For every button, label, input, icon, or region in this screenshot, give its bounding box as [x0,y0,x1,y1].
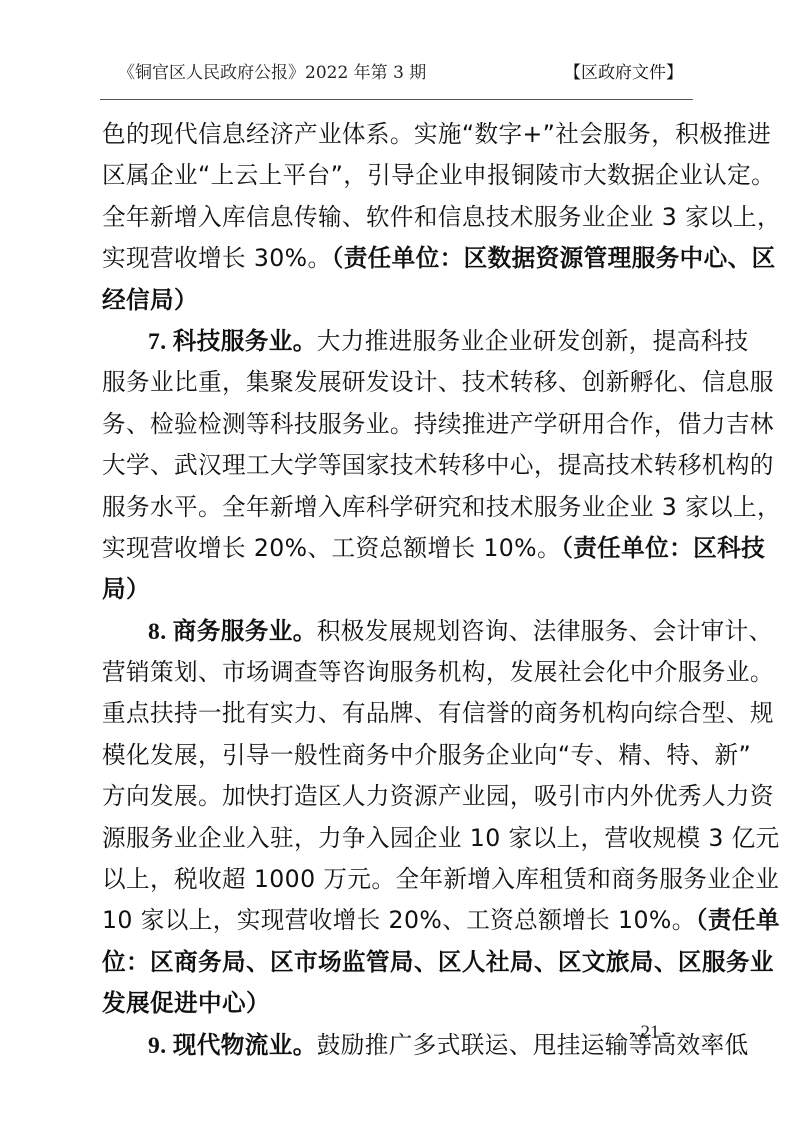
body-text: 服务业比重，集聚发展研发设计、技术转移、创新孵化、信息服 [102,368,774,396]
bold-text: 局） [102,575,150,603]
text-line: 全年新增入库信息传输、软件和信息技术服务业企业 3 家以上， [102,197,692,238]
body-text: 区属企业“上云上平台”，引导企业申报铜陵市大数据企业认定。 [102,161,775,189]
text-line: 7. 科技服务业。大力推进服务业企业研发创新，提高科技 [102,321,692,362]
body-text: 模化发展，引导一般性商务中介服务企业向“专、精、特、新” [102,741,751,769]
text-line: 营销策划、市场调查等咨询服务机构，发展社会化中介服务业。 [102,652,692,693]
body-text: 服务水平。全年新增入库科学研究和技术服务业企业 3 家以上， [102,493,781,521]
item-number: 7. [148,329,173,355]
body-text: 色的现代信息经济产业体系。实施“数字+”社会服务，积极推进 [102,120,771,148]
text-line: 模化发展，引导一般性商务中介服务企业向“专、精、特、新” [102,735,692,776]
body-text: 以上，税收超 1000 万元。全年新增入库租赁和商务服务业企业 [102,865,779,893]
body-text: 务、检验检测等科技服务业。持续推进产学研用合作，借力吉林 [102,410,774,438]
bold-text: 发展促进中心） [102,989,270,1017]
text-line: 局） [102,569,692,610]
text-line: 服务业比重，集聚发展研发设计、技术转移、创新孵化、信息服 [102,362,692,403]
text-line: 实现营收增长 30%。（责任单位：区数据资源管理服务中心、区 [102,238,692,279]
running-header: 《铜官区人民政府公报》2022 年第 3 期 【区政府文件】 [100,58,693,88]
text-line: 位：区商务局、区市场监管局、区人社局、区文旅局、区服务业 [102,942,692,983]
body-text: 营销策划、市场调查等咨询服务机构，发展社会化中介服务业。 [102,658,774,686]
section-label: 【区政府文件】 [564,58,683,88]
item-number: 8. [148,619,173,645]
document-body: 色的现代信息经济产业体系。实施“数字+”社会服务，积极推进区属企业“上云上平台”… [102,114,692,1066]
bold-text: （责任单 [696,906,780,934]
text-line: 经信局） [102,280,692,321]
body-text: 重点扶持一批有实力、有品牌、有信誉的商务机构向综合型、规 [102,699,774,727]
text-line: 务、检验检测等科技服务业。持续推进产学研用合作，借力吉林 [102,404,692,445]
text-line: 10 家以上，实现营收增长 20%、工资总额增长 10%。（责任单 [102,900,692,941]
body-text: 源服务业企业入驻，力争入园企业 10 家以上，营收规模 3 亿元 [102,824,780,852]
bold-text: 商务服务业。 [173,617,317,645]
bold-text: （责任单位：区科技 [561,534,765,562]
text-line: 区属企业“上云上平台”，引导企业申报铜陵市大数据企业认定。 [102,155,692,196]
body-text: 全年新增入库信息传输、软件和信息技术服务业企业 3 家以上， [102,203,781,231]
header-divider [100,99,693,100]
body-text: 方向发展。加快打造区人力资源产业园，吸引市内外优秀人力资 [102,782,774,810]
body-text: 积极发展规划咨询、法律服务、会计审计、 [317,617,773,645]
body-text: 大力推进服务业企业研发创新，提高科技 [317,327,749,355]
text-line: 发展促进中心） [102,983,692,1024]
bold-text: 科技服务业。 [173,327,317,355]
text-line: 8. 商务服务业。积极发展规划咨询、法律服务、会计审计、 [102,611,692,652]
bold-text: （责任单位：区数据资源管理服务中心、区 [332,244,776,272]
text-line: 色的现代信息经济产业体系。实施“数字+”社会服务，积极推进 [102,114,692,155]
bold-text: 经信局） [102,286,198,314]
text-line: 服务水平。全年新增入库科学研究和技术服务业企业 3 家以上， [102,487,692,528]
body-text: 实现营收增长 20%、工资总额增长 10%。 [102,534,561,562]
body-text: 10 家以上，实现营收增长 20%、工资总额增长 10%。 [102,906,696,934]
body-text: 实现营收增长 30%。 [102,244,332,272]
publication-title: 《铜官区人民政府公报》2022 年第 3 期 [118,58,426,88]
page-number: - 21 - [600,1022,700,1044]
bold-text: 现代物流业。 [173,1031,317,1059]
text-line: 源服务业企业入驻，力争入园企业 10 家以上，营收规模 3 亿元 [102,818,692,859]
text-line: 实现营收增长 20%、工资总额增长 10%。（责任单位：区科技 [102,528,692,569]
text-line: 大学、武汉理工大学等国家技术转移中心，提高技术转移机构的 [102,445,692,486]
text-line: 方向发展。加快打造区人力资源产业园，吸引市内外优秀人力资 [102,776,692,817]
body-text: 大学、武汉理工大学等国家技术转移中心，提高技术转移机构的 [102,451,774,479]
bold-text: 位：区商务局、区市场监管局、区人社局、区文旅局、区服务业 [102,948,774,976]
item-number: 9. [148,1033,173,1059]
text-line: 重点扶持一批有实力、有品牌、有信誉的商务机构向综合型、规 [102,693,692,734]
text-line: 以上，税收超 1000 万元。全年新增入库租赁和商务服务业企业 [102,859,692,900]
